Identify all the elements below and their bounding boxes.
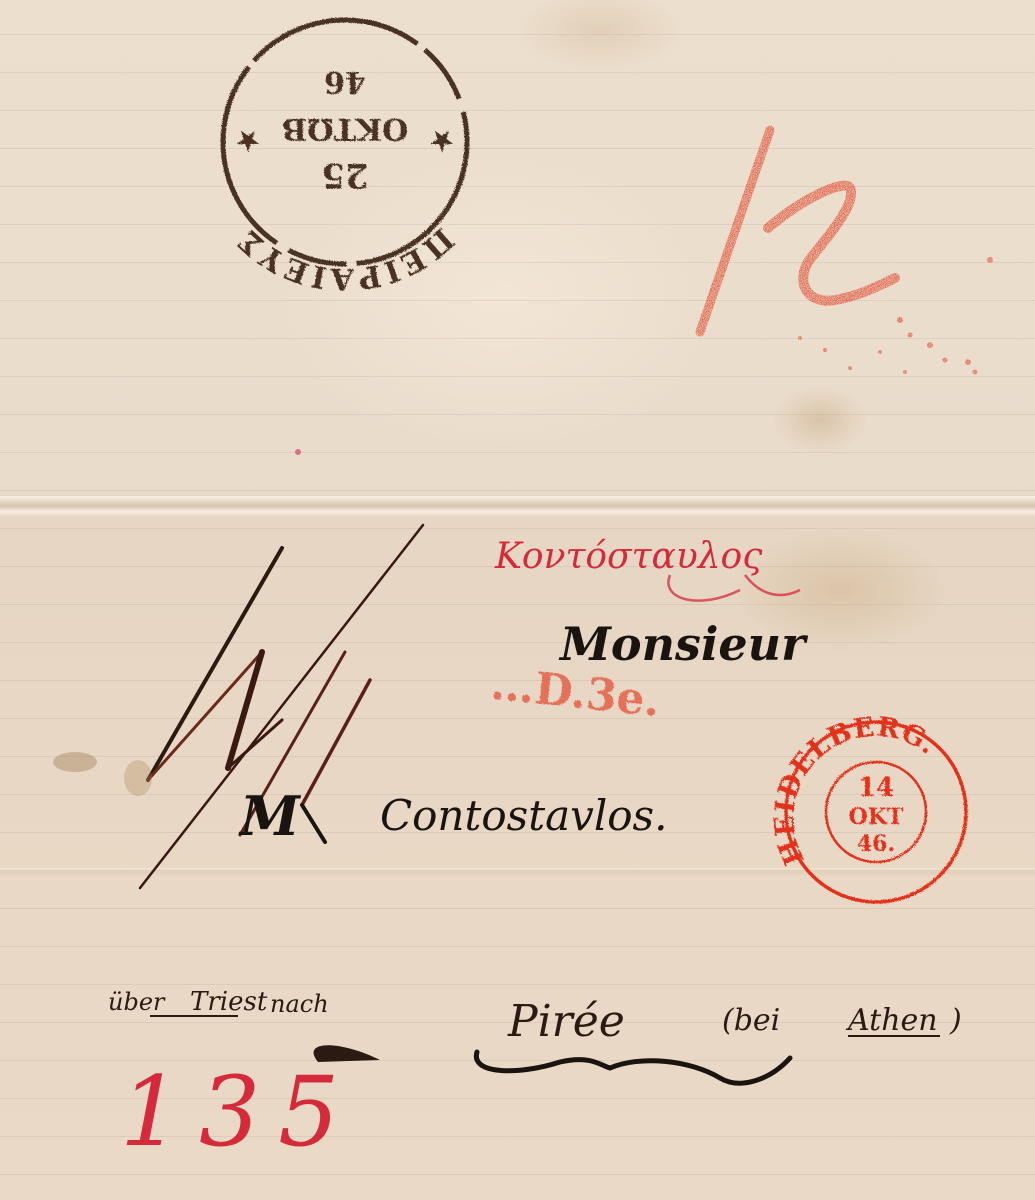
ink-stain: [124, 760, 152, 796]
arrival-postmark-year: 46: [324, 64, 366, 99]
ink-stain: [53, 752, 97, 772]
arrival-postmark-town: ΠΕΙΡΑΙΕΥΣ: [230, 221, 460, 297]
heidelberg-postmark-day: 14: [858, 773, 894, 803]
rate-marking-value: 135: [120, 1056, 357, 1168]
routing-connector: nach: [270, 990, 329, 1018]
underline-flourish: [476, 1052, 790, 1083]
routing-qualifier-city: Athen: [845, 1003, 938, 1038]
star-ornament-icon: ★: [236, 125, 260, 155]
address-monogram: M: [238, 784, 302, 848]
address-salutation: Monsieur: [558, 617, 809, 671]
arrival-postmark-day: 25: [321, 155, 368, 195]
ink-speck: [295, 449, 301, 455]
address-name: Contostavlos.: [380, 791, 667, 840]
arrival-postmark: ΠΕΙΡΑΙΕΥΣ 25 ΟΚΤΩΒ 46 ★ ★: [223, 20, 467, 296]
greek-annotation: Κοντόσταυλος: [494, 536, 800, 601]
greek-name-text: Κοντόσταυλος: [494, 536, 763, 577]
svg-text:ΠΕΙΡΑΙΕΥΣ: ΠΕΙΡΑΙΕΥΣ: [230, 221, 460, 297]
routing-destination: Pirée: [507, 996, 625, 1047]
rate-marking-135: 135: [120, 1056, 357, 1168]
heidelberg-postmark-month: OKT: [849, 804, 904, 830]
routing-via: über: [108, 988, 166, 1016]
letter-sheet: ΠΕΙΡΑΙΕΥΣ 25 ΟΚΤΩΒ 46 ★ ★ Κοντό: [0, 0, 1035, 1200]
routing-qualifier-open: (bei: [722, 1003, 780, 1038]
crayon-rate-marking: [700, 130, 993, 375]
star-ornament-icon: ★: [430, 125, 454, 155]
arrival-postmark-month: ΟΚΤΩΒ: [282, 111, 409, 146]
routing-via-city: Triest: [190, 987, 268, 1017]
routing-qualifier-close: ): [949, 1003, 962, 1038]
heidelberg-postmark: HEIDELBERG. 14 OKT 46.: [769, 712, 966, 902]
heidelberg-postmark-year: 46.: [857, 831, 895, 857]
